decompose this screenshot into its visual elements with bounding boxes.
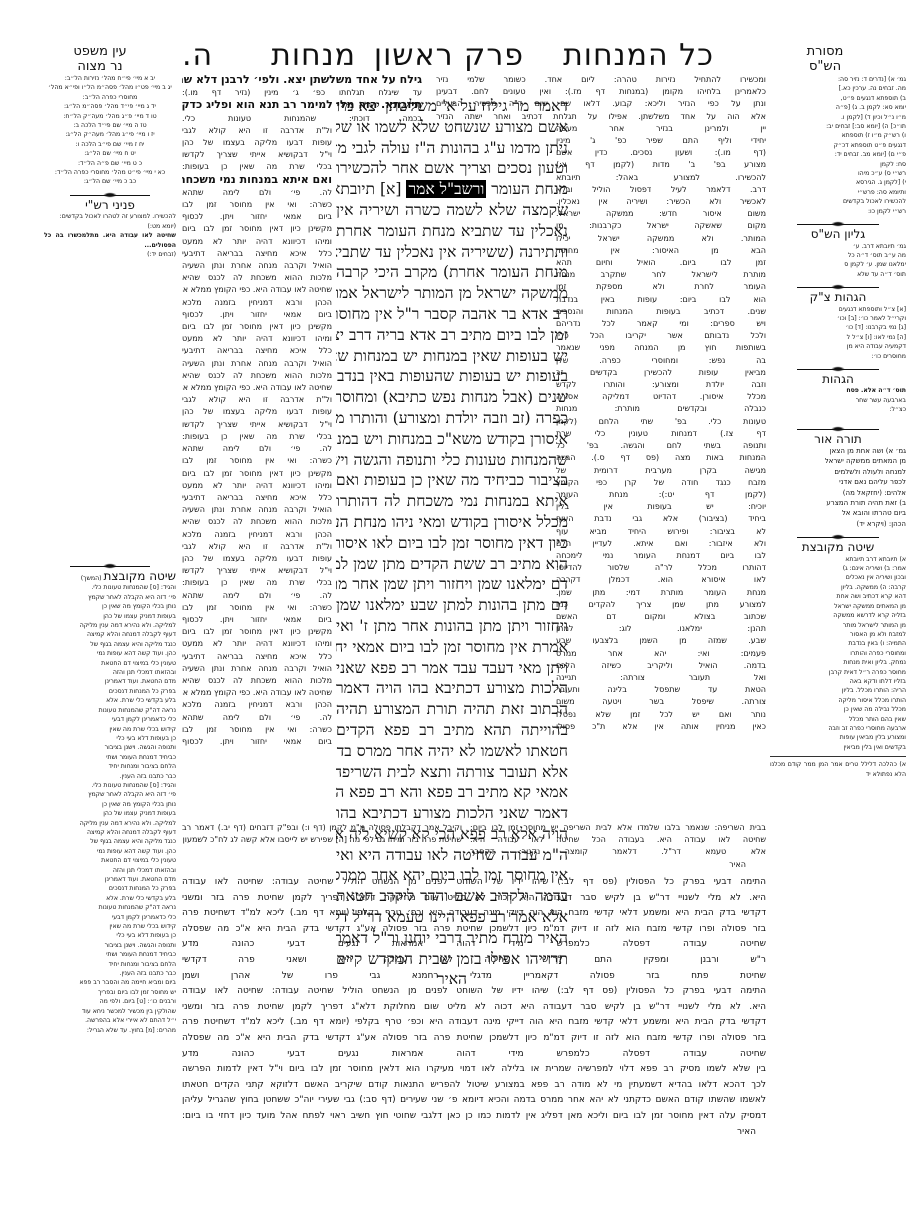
rashi-line: המותר. ולא ממשקה ישראל יכילו: [556, 233, 766, 245]
gemara-line: דם ימלאנו שמן ויחזור ויתן שמן אחר מתן: [336, 574, 568, 595]
rashi-line: המנחות באות מצה (פס דף ס.). הגשה: [556, 452, 766, 464]
tosafot-line: כשרה: ואי אין מחוסר זמן לבו: [182, 455, 332, 467]
shita-line: כנגד מליקה והיא עצמה בגוף של: [44, 640, 176, 649]
tosafot-line: עד שיגלח תגלחתו כפ׳ ג׳ מינין (נזיר דף מו…: [182, 87, 422, 99]
gemara-line: מנחת העומר אחרת) מקרב היכי קרבה: [336, 262, 568, 283]
gemara-line: כפרה (זב וזבה יולדת ומצורע) והותרו מכלל: [336, 408, 568, 429]
gemara-line: כיון דאין מחוסר זמן לבו ביום לאו איסורא: [336, 533, 568, 554]
rashi-line: דרב. דלאמר לעיל דפסול הוליל ובלא: [556, 184, 766, 196]
gemara-line: רב אדא בר אהבה קסבר ר"ל אין מחוסר: [336, 304, 568, 325]
rashi-line: הטאת עד שתפסל בלינה ותעובר: [556, 684, 766, 696]
tosafot-line: וי"ל דבקושיא אייתי שצריך לקדשו: [182, 419, 332, 431]
shita-line: מהרים: [מ] בחוץ. עד שלא הגריל:: [44, 1026, 176, 1035]
bottom-commentary: התימה דבעי בפרק כל הפסולין (פס דף לב:) ש…: [182, 875, 766, 1140]
tosafot-line: כלל איכא מחיצה בבריאה דתיבעי: [182, 345, 332, 357]
ein-mishpat-entry: יז ו מיי׳ פי״ג מהל׳ מעה״ק הל״ג:: [44, 130, 176, 139]
tosafot-line: מקשינן כיון דאין מחוסר זמן לבו ביום: [182, 223, 332, 235]
shita-line: טעונין כלי במיצוי דם החטאת: [44, 659, 176, 668]
penei-rashi-title: פניני רש"י: [44, 201, 176, 210]
shita-line: כלי כדאמרינן לקמן דבעי: [44, 715, 176, 724]
ein-mishpat-entry: טו ד מיי׳ פ״ג מהל׳ מעה״ק הל״ח:: [44, 112, 176, 121]
shita-line: הלחם בציבור ומנחות יחיד: [44, 762, 176, 771]
tosafot-line: בכלי שרת מה שאין כן בעופות:: [182, 161, 332, 173]
shita-line: י״ל דהתם לא איירי אלא בהפרשה.: [44, 1016, 176, 1025]
shita-line: בקדשים ואין בלין מביאין: [770, 743, 906, 752]
shita-line: קידוש בכלי שרת מה שאין: [44, 725, 176, 734]
torah-or-line: גמ׳ א) ושה אחת מן הצאן: [770, 446, 906, 456]
tosafot-line: עופות דבעו מליקה בעצמו של כהן: [182, 553, 332, 565]
gemara-line: זמן לבו ביום מתיב רב אדא בריה דרב יצחק: [336, 325, 568, 346]
right-sidebar: גמ׳ א) [נדרים ד: נזיר סה: מה. זבחים נה. …: [770, 75, 906, 779]
shita-line: כלי כדאמרינן לקמן דבעי: [44, 913, 176, 922]
highlighted-phrase[interactable]: ורשב"ל אמר: [406, 180, 486, 198]
tosafot-line: הואיל וקרבה מנחה אחרת ונתן השעיה: [182, 504, 332, 516]
rashi-line: פעמים: ואי: יהא אחר ממרס: [556, 648, 766, 660]
shita-line: הריה: הותרו מכלל. בליון: [770, 686, 906, 695]
rashi-line: ביחיד (בציבור) אלא גבי נדבת העוף: [556, 513, 766, 525]
gemara-line: מכלל איסורן בקודש ומאי ניהו מנחת העומר: [336, 512, 568, 533]
tosafot-line: מקשינן כיון דאין מחוסר זמן לבו ביום: [182, 321, 332, 333]
ein-mishpat-entry: יג ב מיי׳ פט״ו מהל׳ פסה״מ הל״ו ופי״א מהל…: [44, 83, 176, 102]
rashi-line: ולא איזבור: ואם איתא. לעדיין הלם: [556, 538, 766, 550]
tosafot-commentary: גילח על אחד משלשתן יצא. ולפי׳ לרבנן דלא …: [182, 74, 332, 748]
rashi-line: כאין מניחין אותה אין אלא ת"כ פסולו: [556, 721, 766, 733]
ein-mishpat-entry: טז ה מיי׳ שם פי״ד הלכה ב:: [44, 121, 176, 130]
bottom-line: שחיטה עבודה דפסלה כלמפרש מידי דהוה אמראו…: [182, 937, 766, 953]
shita-line: ומצורע בלין מביאין עופות: [770, 733, 906, 742]
shita-line: מדם החטאת. ועוד דאמרינן: [44, 875, 176, 884]
gemara-line: ויחזור ויתן מתן בהונות אחר מתן ז' ואי: [336, 616, 568, 637]
masoret-label-2: הש"ס: [790, 59, 860, 74]
bottom-line: שחיטת פתח בזר פסולה דקאמריין מדגלי רחמנא…: [182, 969, 766, 985]
shita-line: טעונין כלי במיצוי דם החטאת: [44, 856, 176, 865]
perek-title: פרק ראשון: [374, 38, 524, 73]
tosafot-line: כלל איכא מחיצה בבריאה דתיבעי: [182, 651, 332, 663]
shita-line: דעוף לקבלה דמנחה והלא קמיצה: [44, 630, 176, 639]
tosafot-line: ול"ת אדרבה זו היא קולא לגבי: [182, 394, 332, 406]
rashi-line: מנחת העומר מותרת דמי: מתן שמן.: [556, 587, 766, 599]
ein-mishpat-entry: יד ג מיי׳ פי״ד מהל׳ פסה״מ הל״ג:: [44, 102, 176, 111]
masoret-entry: ב) תוספתא דנגעים פ״ט,: [770, 94, 906, 103]
hagahot-line: כצ״ל:: [770, 405, 906, 414]
bottom-line: בזר פסולה ופרו קדשי מזבח הוא לזה זו דיוק…: [182, 922, 766, 938]
gemara-line: שנים (אבל מנחות נפש כתיבא) ומחוסרי: [336, 387, 568, 408]
shita-line: כבר כתבנו בזה הענין.: [44, 969, 176, 978]
gemara-line: ותתירנה (ששיריה אין נאכלין עד שתביא: [336, 242, 568, 263]
hagahot-tzk-title: הגהות צ"ק: [770, 293, 906, 302]
masoret-entry: ו) רש״ק מ״ו ז) תוספתא: [770, 131, 906, 140]
masoret-entry: רש״י לקמן כו:: [770, 207, 906, 216]
gemara-line: דאמר שאני הלכות מצורע דכתיבא בהו: [336, 803, 568, 824]
shita-line: כנגד מליקה והיא עצמה בגוף של: [44, 837, 176, 846]
bottom-line: דמסיק עלה דאין מחוסר זמן לבו ביום וליכא …: [182, 1109, 766, 1125]
rashi-line: ותנופה בשתי לחם והגשה. בפ' כל: [556, 440, 766, 452]
penei-rashi-source: (זבחים יד:): [44, 250, 176, 259]
rashi-line: העומר לחרת ולא מספקת זמן: [556, 281, 766, 293]
tosafot-line: עופות דבעו מליקה בעצמו של כהן: [182, 406, 332, 418]
tosafot-line: שחיטה לאו עבודה היא. כפי הקומץ ממלא את: [182, 687, 332, 699]
tosafot-line: מלכות ההוא משכחת לה לכנס שהיא: [182, 675, 332, 687]
rashi-line: מביאין עופות להכשירן בקדשים זב: [556, 367, 766, 379]
shita-line: נותן בכלי הקומץ מה שאין כן: [44, 602, 176, 611]
rashi-line: דף צז.) דמנחות טעונין כלי שרת: [556, 428, 766, 440]
tosafot-line: הואיל וקרבה מנחה אחרת ונתן השעיה: [182, 358, 332, 370]
ornament-divider: [70, 562, 149, 570]
tosafot-line: ביום אמאי יחזור ויתן. לכסוף: [182, 614, 332, 626]
torah-or-line: ב) זאת תהיה תורת המצרע: [770, 498, 906, 508]
shita-line: בלע בקדשי כלי שרת. אלא: [44, 894, 176, 903]
gilyon-line: מה ע״ב תוס׳ ד״ה כל: [770, 251, 906, 260]
masoret-hashas-heading: מסורת הש"ס: [790, 44, 860, 74]
rashi-line: (דף מו.): ושעון נסכים. כדין אשם: [556, 147, 766, 159]
gemara-line: הוא מתיב רב ששת הקדים מתן שמן למתן: [336, 554, 568, 575]
masoret-entry: להכשירו לאכול בקדשים: [770, 197, 906, 206]
shita-line: דעוף לקבלה דמנחה והלא קמיצה: [44, 828, 176, 837]
left-shita-mekubetzet: שיטה מקובצת (המשך) והגיד: [ס] שהמנחות טע…: [44, 558, 176, 1035]
shita-line: כן בעופות דלא בעי כלי: [44, 734, 176, 743]
tosafot-line: הכהן ורבא דמניחין בזמנה מלכא: [182, 699, 332, 711]
shita-line: ביום ומביא חיימה מה והסבר רב פפא: [44, 978, 176, 987]
rashi-line: צורתה. שיפסל בשר ויטעה משום: [556, 696, 766, 708]
shita-line: הותרו מכלל איסור מליקה: [770, 696, 906, 705]
hagahot-line: בארבעה עשר שחר: [770, 396, 906, 405]
gemara-line: אמרת אין מחוסר זמן לבו ביום אמאי יחזור: [336, 637, 568, 658]
rashi-line: שכתוב בצולא ומקום דם האשם: [556, 611, 766, 623]
shita-line: ובהזאתו דמכלי תנן והזה: [44, 866, 176, 875]
rashi-line: ואל תעובר צורתה: תניינה: [556, 672, 766, 684]
tosafot-line: בכמה דוכתי: שהמנחות טעונות כלי.: [182, 113, 422, 125]
rashi-line: (לקמן דף יט:): מנחת העומר: [556, 489, 766, 501]
bottom-intro-text: וקיבל אמר דקבלתו פסולה מ"מ לקמן (דף ו:) …: [182, 822, 462, 846]
rashi-line: ומכשירו להתחיל נזירות טהרה: ליום אחד. כש…: [436, 74, 766, 86]
rashi-line: מקום שאשקה ישראל כקרבנות: מן: [556, 220, 766, 232]
shita-line: נראה דה"ק שהמנחות טעונות: [44, 706, 176, 715]
bottom-line: ר"ש ורבנן ומפקין התם לר"ש שחיטה לאו עבוד…: [182, 953, 766, 969]
gemara-line: בציבור כביחיד מה שאין כן בעופות ואם: [336, 470, 568, 491]
shita-line: כהן. ועוד קשה דהא עופות נמי: [44, 649, 176, 658]
right-footnote: א) כהלכה דלילל טרים אמר המן ממר קודם מכל…: [770, 760, 906, 779]
rashi-line: לאכשיר ולא הכשיר: ושיריה אין נאכלין.: [556, 196, 766, 208]
shita-mekubetzet-right: א) תיובתא דרב תיובתא אמר: ב) ושיריה אינם…: [770, 555, 906, 753]
ein-mishpat-entry: יח ז מיי׳ שם פי״ב הלכה ו:: [44, 140, 176, 149]
tosafot-line: הכהן ורבא דמניחין בזמנה מלכא: [182, 529, 332, 541]
shita-line: א) תיובתא דרב תיובתא: [770, 555, 906, 564]
rashi-line: הבא מן האיסור: אין מחוסר: [556, 245, 766, 257]
gemara-line: ה"מ עבודה שחיטה לאו עבודה היא ואי: [336, 845, 568, 866]
shita-line: נמחק. בליון ואית מנחות: [770, 658, 906, 667]
rashi-line: להכשירו. למצורע באהל: תיובתא: [556, 172, 766, 184]
rashi-line: לאו איסורא הוא. דכמלן דקרבה: [556, 574, 766, 586]
ornament-divider: [797, 220, 879, 228]
rashi-line: מזבח כנגד חודה של קרן כפי הקומץ: [556, 477, 766, 489]
hagahot-tzk-line: וקרי״ל לאמר כו׳: [ב] וכו׳: [770, 314, 906, 323]
shita-line: הלחם בציבור ומנחות יחיד: [44, 960, 176, 969]
shita-line: מחוסר כפרה ר״ל דאית קרבן: [770, 668, 906, 677]
masoret-entry: י) [לקמן ג. הגירסא: [770, 178, 906, 187]
tosafot-line: כלל איכא מחיצה בבריאה דתיבעי: [182, 492, 332, 504]
tosafot-line: עופות דבעו מליקה בעצמו של כהן: [182, 137, 332, 149]
shita-line: בעופות דמניק עצמו של כהן: [44, 612, 176, 621]
gemara-line: שקמצה שלא לשמה כשרה ושיריה אין: [336, 200, 568, 221]
gemara-line-text: מנחת העומר: [486, 180, 568, 198]
rashi-line: כנבלה ובקדשים מותרת: מנחות: [556, 403, 766, 415]
shita-line: קידוש בכלי שרת מה שאין: [44, 922, 176, 931]
rashi-line: ולכל נדבותם אשר יקריבו הכל כלין: [556, 330, 766, 342]
rashi-line: טעונות כלי. בפ' שתי הלחם (לקמן: [556, 416, 766, 428]
shita-line: התמיה: ו) באין בנדבת: [770, 639, 906, 648]
shita-line: בזליה קרא לדרשא ממשקה: [770, 611, 906, 620]
shita-line: ותנופה והגשה. וישנן בציבור: [44, 743, 176, 752]
shita-line: בזליו דלתו ודקא באה: [770, 677, 906, 686]
shita-line: דהא קרא דכתיב ושה אחת: [770, 592, 906, 601]
torah-or-line: למנחה ולעולה ולשלמים: [770, 467, 906, 477]
masoret-entry: דנגעים פ״ט תוספתא דכ״ק: [770, 141, 906, 150]
bottom-line: בזר פסולה ופרו קדשי מזבח הוא לזה זו דיוק…: [182, 1031, 766, 1047]
tosafot-line: מקשינן כיון דאין מחוסר זמן לבו ביום: [182, 468, 332, 480]
shita-line: נותן בכלי הקומץ מה שאין כן: [44, 800, 176, 809]
bottom-line: דקדשי בדק הבית היא ומשמע דלאי קדשי מזבח …: [182, 906, 766, 922]
hagahot-tzk-line: [ג] נמי בקרבנו: [ד] כו׳: [770, 323, 906, 332]
shita-line: מן המותר לישראל מותר: [770, 621, 906, 630]
tosafot-line: לה. פי׳ ולם לימה שתהא: [182, 712, 332, 724]
rashi-line: יוכיח: יש בעופות אין בלין: [556, 501, 766, 513]
gemara-line: מנחת העומר ורשב"ל אמר [א] תיובתא דרב: [336, 179, 568, 200]
tosafot-line: כשרה: ואי אין מחוסר זמן לבו: [182, 199, 332, 211]
shita-line: בעופות דמניק עצמו של כהן: [44, 809, 176, 818]
gemara-line: אלא תעובר צורתה ותצא לבית השריפה: [336, 762, 568, 783]
shita-line: ובכון ושיריה אין נאכלים: [770, 573, 906, 582]
hagahot-line: תוס׳ ד״ה אלא. פסח: [770, 386, 906, 395]
left-sidebar: יב א מיי׳ פי״ח מהל׳ נזירות הל״ב: יג ב מי…: [44, 74, 176, 259]
shita-line: למזבח ולא מן האסור: [770, 630, 906, 639]
tosafot-dibur: תיובתא. הוה מלי למימר רב תנא הוא ופליג כ…: [182, 99, 422, 111]
rashi-line: מותרת לישראל לחר שתקרב מנחת: [556, 269, 766, 281]
ein-mishpat-label-1: עין משפט: [60, 44, 140, 59]
masoret-entry: ותיומא סה: פרש״י: [770, 188, 906, 197]
chapter-title: כל המנחות: [563, 38, 714, 73]
shita-line: פי׳ דזה היא הקבלה לאחר שקמץ: [44, 593, 176, 602]
bottom-line: לאשמו שהשתו קודם האשם כדקתני לא יהא אחר …: [182, 1093, 766, 1109]
gemara-line: אמאי קא מתיב רב פפא והא רב פפא הוא: [336, 782, 568, 803]
gemara-line: הכתוב זאת תהיה תורת המצורע תהיה: [336, 699, 568, 720]
shita-line: מכלל נבילה מה שאין כן: [770, 705, 906, 714]
tosafot-line: ביום אמאי יחזור ויתן. לכסוף: [182, 211, 332, 223]
shita-line: ארבעה מחוסרי כפרה זב וזבה: [770, 724, 906, 733]
tosafot-line: שחיטה לאו עבודה היא. כפי הקומץ ממלא את: [182, 382, 332, 394]
tosafot-line: ביום אמאי יחזור ויתן. לכסוף: [182, 736, 332, 748]
tosafot-line: לה. פי׳ ולם לימה שתהא: [182, 590, 332, 602]
rashi-line: לא בציבור: ופירוש היחיד מביא עוף: [556, 526, 766, 538]
tosafot-line: כשרה: ואי אין מחוסר זמן לבו: [182, 602, 332, 614]
ein-mishpat-heading: עין משפט נר מצוה: [60, 44, 140, 74]
gemara-line: איתא במנחות נמי משכחת לה דהותרו: [336, 491, 568, 512]
rashi-line: משום איסור חדש: ממשקה ישראל.: [556, 208, 766, 220]
tosafot-line: הכהן ורבא דמניחין בזמנה מלכא: [182, 297, 332, 309]
tosafot-line: מלכות ההוא משכחת לה לכנס שהיא: [182, 370, 332, 382]
rashi-line: שנים. דכתיב בעופות המנחות והנסכים: [556, 306, 766, 318]
masoret-entry: רש״י ס) ע״כ מיהו: [770, 169, 906, 178]
shita-mekubetzet-title: שיטה מקובצת: [770, 543, 906, 552]
shita-line: מדם החטאת. ועוד דאמרינן: [44, 677, 176, 686]
bottom-commentary-intro: וקיבל אמר דקבלתו פסולה מ"מ לקמן (דף ו:) …: [182, 822, 462, 846]
shita-continuation: (המשך): [81, 575, 102, 582]
rashi-line: לבו ביום דמנחת העומר נמי לימכחה: [556, 550, 766, 562]
gemara-line: ממשקה ישראל מן המותר לישראל אמר: [336, 283, 568, 304]
shita-line: ומחוסרי כפרה והותרו: [770, 649, 906, 658]
rashi-line: תהנן: ימלאנו. לוג: למתן: [556, 623, 766, 635]
bottom-line: בין שלא לשמו מסיק רב פפא דלוי למפרשיה שמ…: [182, 1062, 766, 1078]
gemara-line: יש בעופות שאין במנחות יש במנחות שאין: [336, 346, 568, 367]
masoret-entry: סח: לקמן: [770, 160, 906, 169]
bottom-line: התימה דבעי בפרק כל הפסולין (פס דף לב:) ש…: [182, 984, 766, 1000]
tosafot-line: ומיהו דכיוונא דהיה יותר לא ממעט: [182, 333, 332, 345]
masoret-entry: יומא סא: לקמן ב. ג) [פ״ה: [770, 103, 906, 112]
torah-or-line: ביום טהרתו והובא אל: [770, 508, 906, 518]
torah-or-line: הכהן: (ויקרא יד): [770, 519, 906, 529]
gemara-line: וטעון נסכים וצריך אשם אחר להכשירו: [336, 158, 568, 179]
ein-mishpat-entry: כב כ מיי׳ שם הל״ג:: [44, 177, 176, 186]
masoret-entry: גמ׳ א) [נדרים ד: נזיר סה:: [770, 75, 906, 84]
hagahot-tzk-line: מחוסרים כו׳:: [770, 352, 906, 361]
gemara-line: שהמנחות טעונות כלי ותנופה והגשה וישנן: [336, 450, 568, 471]
tosafot-line: ואם איתא במנחות נמי משכחת: [182, 174, 332, 187]
shita-line: שהולקין בין מכשיר למכשר ניחא עוד: [44, 1007, 176, 1016]
shita-line: כבר כתבנו בזה הענין.: [44, 772, 176, 781]
tosafot-line: מלכות ההוא משכחת לה לכנס שהיא: [182, 272, 332, 284]
torah-or-line: אלהים: (יחזקאל מה): [770, 488, 906, 498]
gemara-line: בהוייתה תהא מתיב רב פפא הקדים: [336, 720, 568, 741]
torah-or-title: תורה אור: [770, 435, 906, 444]
tosafot-line: תיובתא. הוה מלי למימר רב תנא הוא ופליג כ…: [182, 99, 422, 112]
ornament-divider: [797, 283, 879, 291]
shita-mekubetzet-title: שיטה מקובצת: [104, 569, 177, 583]
shita-line: פי׳ דזה היא הקבלה לאחר שקמץ: [44, 790, 176, 799]
shita-heading-row: שיטה מקובצת (המשך): [44, 572, 176, 583]
rashi-line: ויש ספרים: ומי קאמר לכל נדריהם: [556, 318, 766, 330]
gemara-line: איסורן בקודש משא"כ במנחות ויש במנחות: [336, 429, 568, 450]
tosafot-line: ול"ת אדרבה זו היא קולא לגבי: [182, 125, 332, 137]
tosafot-line: מלכות ההוא משכחת לה לכנס שהיא: [182, 516, 332, 528]
hagahot-tzk-line: [ה] נמי לאו: [ו] צ״ל ל: [770, 333, 906, 342]
gemara-line: בעופות יש בעופות שהעופות באין בנדבת: [336, 366, 568, 387]
shita-line: למליקה. ולא נהירא דמה ענין מליקה: [44, 819, 176, 828]
ornament-divider: [797, 425, 879, 433]
masoret-label-1: מסורת: [790, 44, 860, 59]
shita-line: כן בעופות דלא בעי כלי: [44, 931, 176, 940]
torah-or-line: מן המאתים ממשקה ישראל: [770, 456, 906, 466]
bottom-line: היא. לא מלי לשנויי דר"ש בן לקיש סבר דעבו…: [182, 891, 766, 907]
shita-line: קרבה: ה) ממשקה. בליון: [770, 583, 906, 592]
shita-line: ותנופה והגשה. וישנן בציבור: [44, 941, 176, 950]
hagahot-tzk-line: [א] צ״ל ותוספתא דנגעים: [770, 305, 906, 314]
shita-line: ובהזאתו דמכלי תנן והזה: [44, 668, 176, 677]
shita-line: כביחיד דמנחת העומר ושתי: [44, 753, 176, 762]
gilyon-line: גמ׳ תיובתא דרב. ע׳: [770, 242, 906, 251]
bottom-line: דקדשי בדק הבית היא ומשמע דלאי קדשי מזבח …: [182, 1015, 766, 1031]
masoret-entry: מה. זבחים נה. ערכין כא.]: [770, 84, 906, 93]
tosafot-line: מקשינן כיון דאין מחוסר זמן לבו ביום: [182, 626, 332, 638]
shita-line: מן המאתים ממשקה ישראל: [770, 602, 906, 611]
rashi-line: למצורע מתן שמן צריך להקדים כמו: [556, 599, 766, 611]
tosafot-dibur: ואם איתא במנחות נמי משכחת: [182, 174, 332, 186]
gilyon-hashas-title: גליון הש"ס: [770, 230, 906, 239]
shita-line: נראה דה"ק שהמנחות טעונות: [44, 903, 176, 912]
hagahot-title: הגהות: [770, 375, 906, 384]
rashi-line: וזבה יולדת ומצורע: והותרו לקדש: [556, 379, 766, 391]
tosafot-line: ביום אמאי יחזור ויתן. לכסוף: [182, 309, 332, 321]
shita-line: והגיד: [ס] שהמנחות טעונות כלי.: [44, 781, 176, 790]
tractate-title: מנחות: [271, 38, 356, 73]
rashi-line: יחידי וליף התם שפיר כפ' ג' מינין: [556, 135, 766, 147]
rashi-line: בדמה. הואיל וליקריב כשיזה הלכם: [556, 660, 766, 672]
shita-line: כביחיד דמנחת העומר ושתי: [44, 950, 176, 959]
tosafot-line: כלל איכא מחיצה בבריאה דתיבעי: [182, 248, 332, 260]
gemara-line: ניתן מדמו ע"ג בהונות ה"ז עולה לגבי מזבח: [336, 138, 568, 159]
tosafot-line: בכלי שרת מה שאין כן בעופות:: [182, 577, 332, 589]
gemara-line: חטאתו לאשמו לא יהיה אחר ממרס בדמה: [336, 741, 568, 762]
tosafot-line: גילח על אחד משלשתן יצא. ולפי׳ לרבנן דלא …: [182, 74, 422, 87]
gemara-line: הלכות מצורע דכתיבא בהו הויה דאמר: [336, 678, 568, 699]
rashi-line: מכלל איסורן. דהדיוט דמליקה אסורה: [556, 391, 766, 403]
tosafot-line: הואיל וקרבה מנחה אחרת ונתן השעיה: [182, 260, 332, 272]
rashi-line: דהותרו מכלל לר"ה שלסור להדיוט:: [556, 562, 766, 574]
tosafot-line: שחיטה לאו עבודה היא. כפי הקומץ ממלא את: [182, 284, 332, 296]
rashi-line: זמן לבו ביום. הואיל וחיום תהא: [556, 257, 766, 269]
rashi-line: הוא לבו ביום: עופות באין בנדבת: [556, 294, 766, 306]
ein-mishpat-label-2: נר מצוה: [60, 59, 140, 74]
tosafot-line: לה. פי׳ ולם לימה שתהא: [182, 443, 332, 455]
masoret-entry: פ״י ם) [יומא מב. זבחים יד:: [770, 150, 906, 159]
gilyon-line: תוס׳ ד״ה עד שלא: [770, 270, 906, 279]
hagahot-tzk-line: דקמעיה עבודה היא מן: [770, 342, 906, 351]
gemara-line-text: [א] תיובתא דרב: [336, 180, 406, 198]
ornament-divider: [797, 533, 879, 541]
shita-line: למליקה. ולא נהירא דמה ענין מליקה: [44, 621, 176, 630]
gemara-line: נאכלין עד שתביא מנחת העומר אחרת: [336, 221, 568, 242]
shita-line: אמר: ב) ושיריה אינם: ג): [770, 564, 906, 573]
tosafot-line: ול"ת אדרבה זו היא קולא לגבי: [182, 541, 332, 553]
tosafot-line: כשרה: ואי אין מחוסר זמן לבו: [182, 724, 332, 736]
shita-line: והגיד: [ס] שהמנחות טעונות כלי.: [44, 583, 176, 592]
torah-or-line: לכפר עליהם נאם אדני: [770, 477, 906, 487]
tosafot-line: לה. פי׳ ולם לימה שתהא: [182, 187, 332, 199]
tosafot-line: וי"ל דבקושיא אייתי שצריך לקדשו: [182, 565, 332, 577]
daf-number: ה.: [182, 38, 213, 73]
rashi-line: נותר ואם יש לכל זמן שלא נפסלו: [556, 709, 766, 721]
rashi-line: שבע. שמזה מן השמן בלצבעו שבע: [556, 635, 766, 647]
tosafot-line: הואיל וקרבה מנחה אחרת ונתן השעיה: [182, 663, 332, 675]
ein-mishpat-entry: יט ח מיי׳ שם הל״ג:: [44, 149, 176, 158]
ornament-divider: [70, 191, 149, 199]
ornament-divider: [797, 365, 879, 373]
tosafot-line: ומיהו דכיוונא דהיה יותר לא ממעט: [182, 638, 332, 650]
ein-mishpat-entries: יב א מיי׳ פי״ח מהל׳ נזירות הל״ב: יג ב מי…: [44, 74, 176, 187]
rashi-line: יין ולמרינן בנזיר אחר מעשה: [556, 123, 766, 135]
penei-rashi-entry: שחיטה לאו עבודה היא. מתלמכשרו בה כל הפסו…: [44, 231, 176, 250]
rashi-line: מצורע בפ' ב' מדות (לקמן דף צ:): [556, 159, 766, 171]
rashi-line: בה נפש: ומחוסרי כפרה. שלן: [556, 355, 766, 367]
shita-line: שאין בהם הותר מכלל: [770, 715, 906, 724]
gilyon-line: ימלאנו שמן. ע׳ לקמן ס: [770, 260, 906, 269]
bottom-line: לכך דהכא דלאו בהדיא דשמעתין מי לא מודה ר…: [182, 1078, 766, 1094]
tosafot-line: ומיהו דכיוונא דהיה יותר לא ממעט: [182, 236, 332, 248]
shita-line: בלע בקדשי כלי שרת. אלא: [44, 696, 176, 705]
shita-line: בפרק כל המנחות דנסכים: [44, 884, 176, 893]
ein-mishpat-entry: יב א מיי׳ פי״ח מהל׳ נזירות הל״ב:: [44, 74, 176, 83]
ein-mishpat-entry: כ ט מיי׳ שם פ״ה הל״ד:: [44, 159, 176, 168]
tosafot-dibur: גילח על אחד משלשתן יצא. ולפי׳ לרבנן דלא …: [182, 74, 422, 86]
masoret-entries: גמ׳ א) [נדרים ד: נזיר סה: מה. זבחים נה. …: [770, 75, 906, 216]
